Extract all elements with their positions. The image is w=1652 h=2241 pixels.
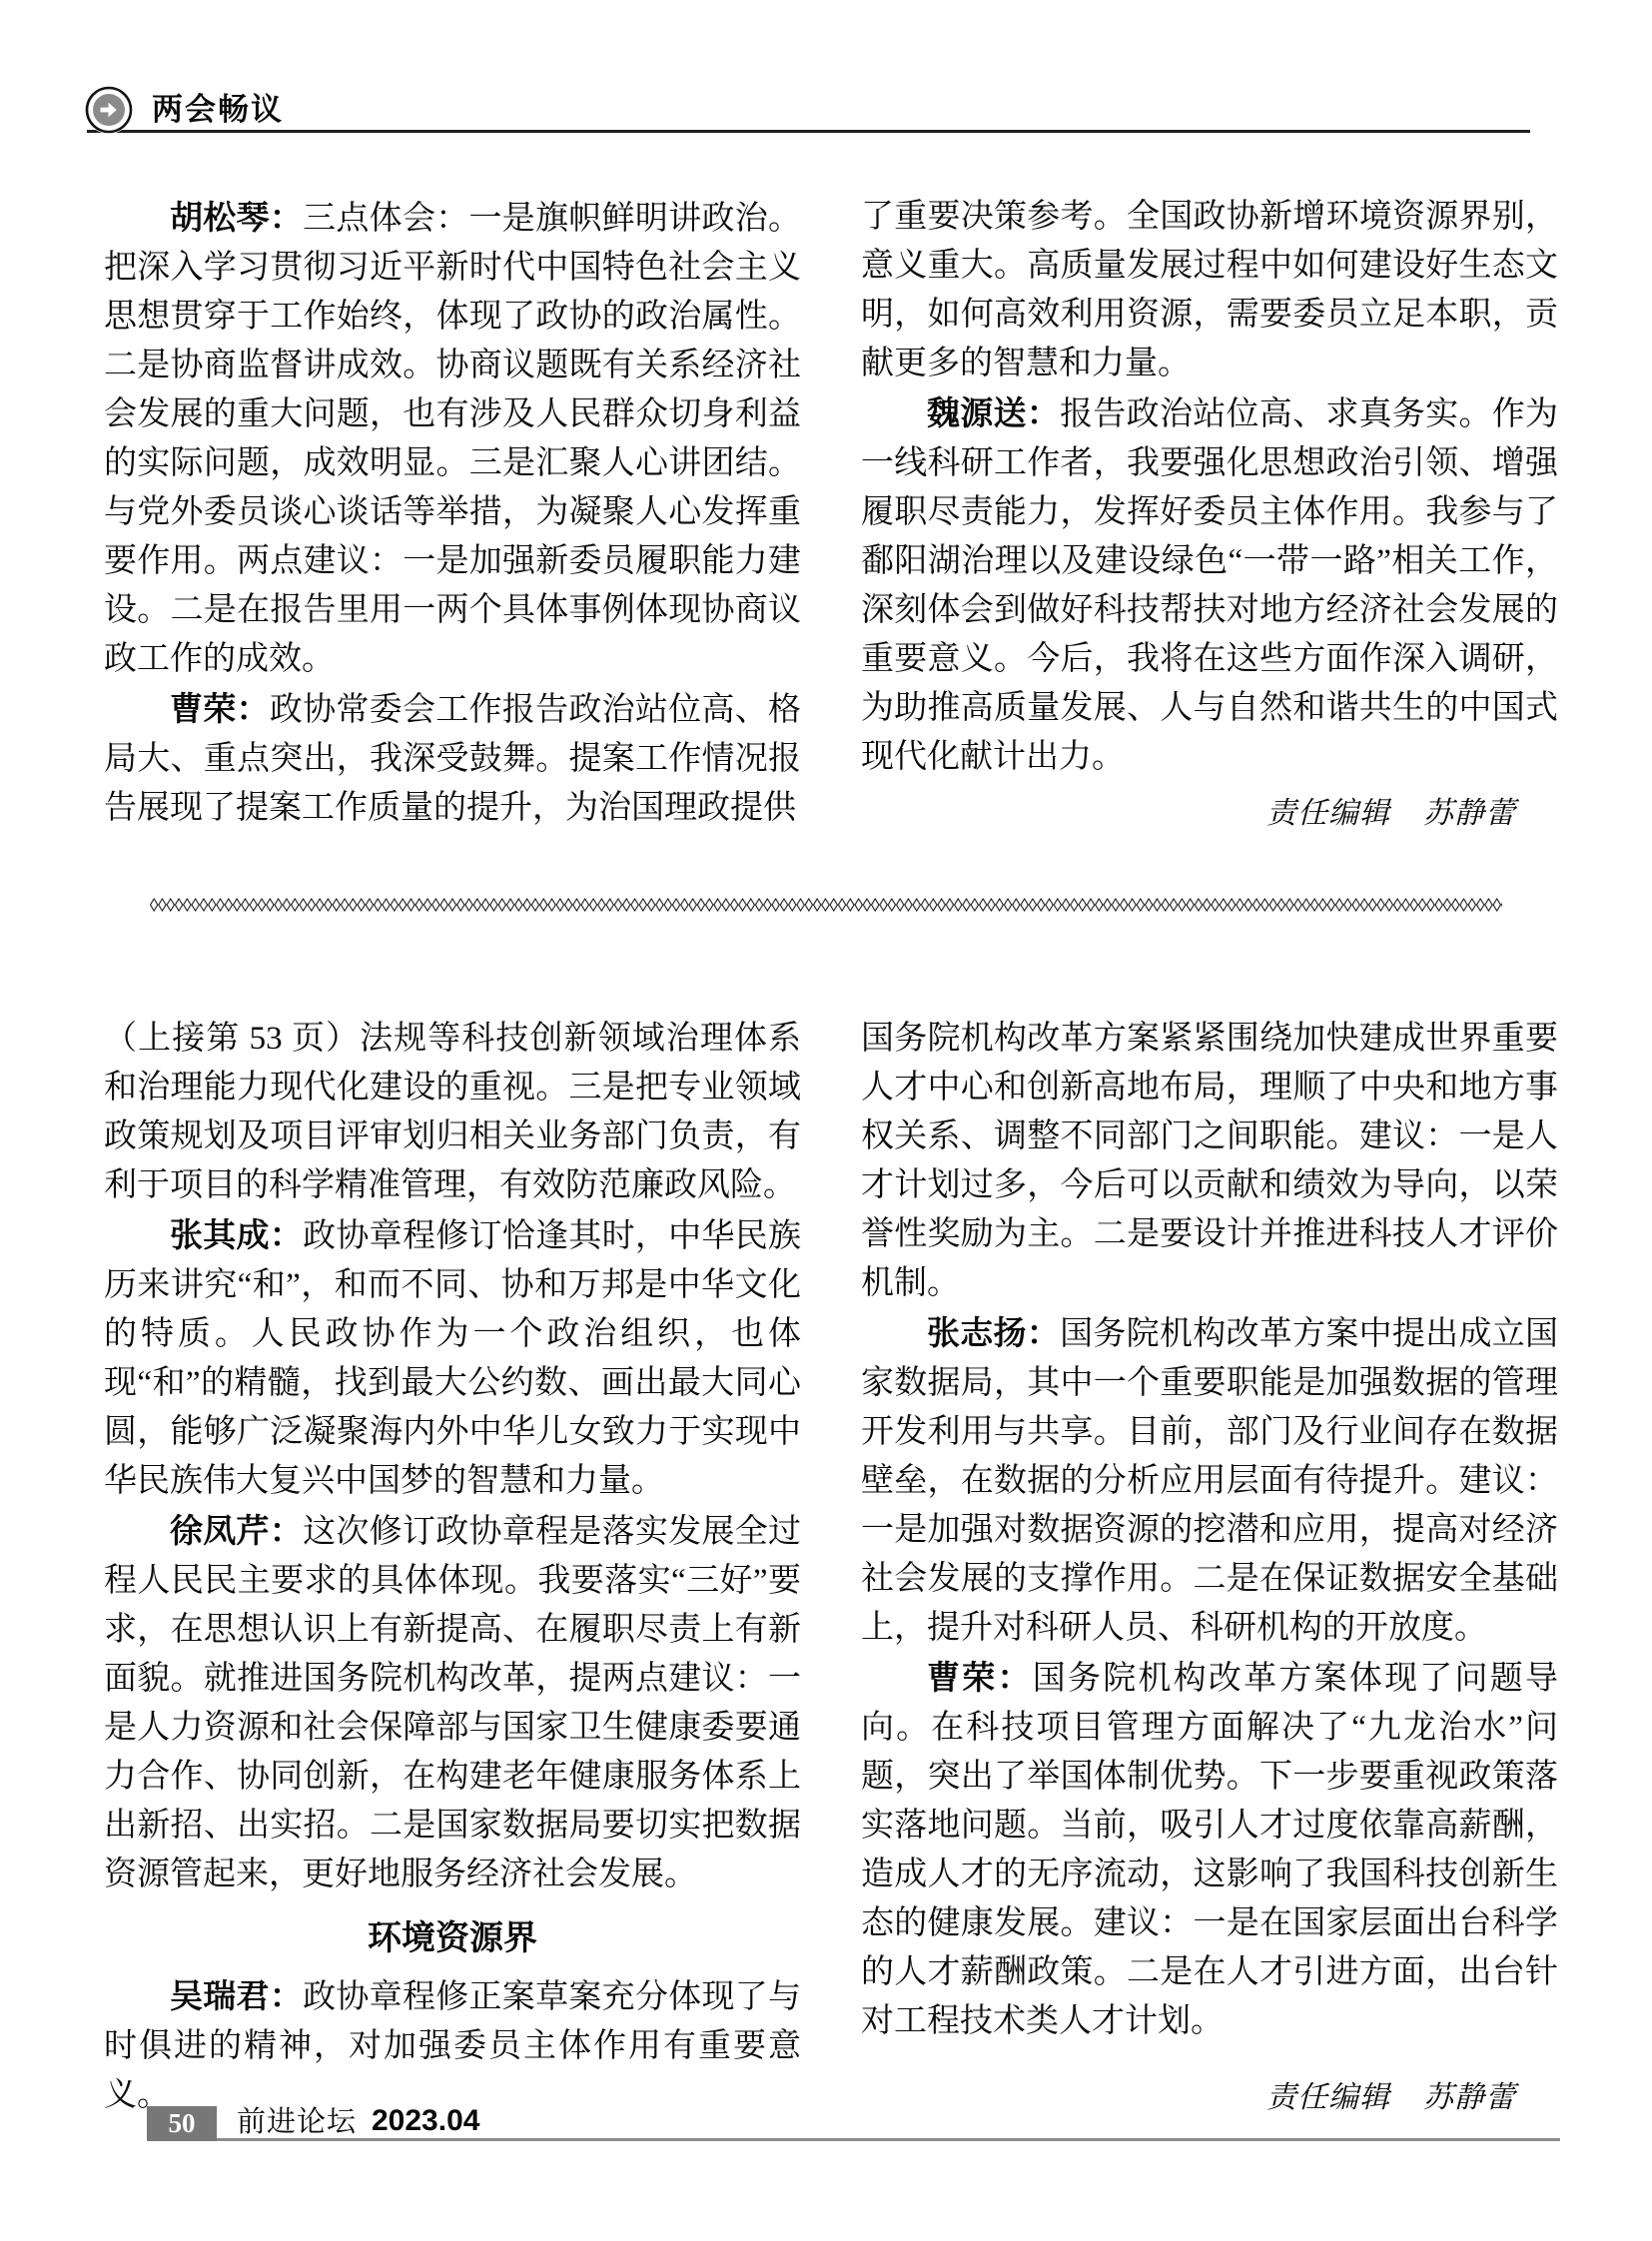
section-heading-environment-resources: 环境资源界: [104, 1915, 801, 1961]
paragraph-zhang-qicheng: 张其成：政协章程修订恰逢其时，中华民族历来讲究“和”，和而不同、协和万邦是中华文…: [104, 1210, 801, 1506]
speaker-name: 张其成：: [170, 1216, 303, 1253]
speaker-name: 徐凤芹：: [170, 1512, 303, 1549]
editor-credit-name: 苏静蕾: [1423, 797, 1516, 830]
top-left-column: 胡松琴：三点体会：一是旗帜鲜明讲政治。把深入学习贯彻习近平新时代中国特色社会主义…: [104, 193, 801, 836]
speaker-name: 吴瑞君：: [170, 1977, 303, 2014]
header-rule: [87, 130, 1530, 133]
paragraph-wu-ruijun: 吴瑞君：政协章程修正案草案充分体现了与时俱进的精神，对加强委员主体作用有重要意义…: [104, 1971, 801, 2120]
speaker-name: 魏源送：: [927, 394, 1060, 431]
paragraph-text: 三点体会：一是旗帜鲜明讲政治。把深入学习贯彻习近平新时代中国特色社会主义思想贯穿…: [104, 201, 801, 677]
bottom-left-column: （上接第 53 页）法规等科技创新领域治理体系和治理能力现代化建设的重视。三是把…: [104, 1015, 801, 2120]
speaker-name: 曹荣：: [170, 690, 270, 727]
journal-name: 前进论坛: [237, 2103, 357, 2141]
arrow-right-circle-icon-svg: [85, 86, 133, 134]
editor-credit-label: 责任编辑: [1266, 797, 1390, 830]
paragraph-text: 这次修订政协章程是落实发展全过程人民民主要求的具体体现。我要落实“三好”要求，在…: [104, 1514, 801, 1892]
editor-credit: 责任编辑苏静蕾: [861, 2076, 1558, 2120]
issue-number: 2023.04: [372, 2102, 479, 2140]
paragraph-text: （上接第 53 页）法规等科技创新领域治理体系和治理能力现代化建设的重视。三是把…: [104, 1021, 801, 1203]
editor-credit: 责任编辑苏静蕾: [861, 792, 1558, 836]
top-section: 胡松琴：三点体会：一是旗帜鲜明讲政治。把深入学习贯彻习近平新时代中国特色社会主义…: [104, 193, 1558, 836]
speaker-name: 曹荣：: [927, 1659, 1033, 1696]
editor-credit-name: 苏静蕾: [1423, 2081, 1516, 2114]
paragraph-zhang-zhiyang: 张志扬：国务院机构改革方案中提出成立国家数据局，其中一个重要职能是加强数据的管理…: [861, 1308, 1558, 1653]
column-section-title: 两会畅议: [152, 89, 284, 131]
bottom-section: （上接第 53 页）法规等科技创新领域治理体系和治理能力现代化建设的重视。三是把…: [104, 1015, 1558, 2120]
editor-credit-label: 责任编辑: [1266, 2081, 1390, 2114]
speaker-name: 张志扬：: [927, 1314, 1060, 1351]
paragraph-hu-songqin: 胡松琴：三点体会：一是旗帜鲜明讲政治。把深入学习贯彻习近平新时代中国特色社会主义…: [104, 193, 801, 684]
paragraph-wei-yuansong: 魏源送：报告政治站位高、求真务实。作为一线科研工作者，我要强化思想政治引领、增强…: [861, 388, 1558, 782]
speaker-name: 胡松琴：: [170, 199, 303, 236]
paragraph-text: 报告政治站位高、求真务实。作为一线科研工作者，我要强化思想政治引领、增强履职尽责…: [861, 396, 1558, 775]
arrow-right-circle-icon: [85, 86, 133, 134]
bottom-right-column: 国务院机构改革方案紧紧围绕加快建成世界重要人才中心和创新高地布局，理顺了中央和地…: [861, 1015, 1558, 2120]
paragraph-text: 国务院机构改革方案紧紧围绕加快建成世界重要人才中心和创新高地布局，理顺了中央和地…: [861, 1021, 1558, 1301]
paragraph-text: 政协章程修订恰逢其时，中华民族历来讲究“和”，和而不同、协和万邦是中华文化的特质…: [104, 1218, 801, 1499]
footer-rule: [217, 2138, 1560, 2141]
paragraph-xu-fengqin: 徐凤芹：这次修订政协章程是落实发展全过程人民民主要求的具体体现。我要落实“三好”…: [104, 1506, 801, 1899]
diamond-chain-divider: [150, 898, 1502, 912]
magazine-page: 两会畅议 胡松琴：三点体会：一是旗帜鲜明讲政治。把深入学习贯彻习近平新时代中国特…: [0, 0, 1652, 2241]
paragraph-continued-state-council: 国务院机构改革方案紧紧围绕加快建成世界重要人才中心和创新高地布局，理顺了中央和地…: [861, 1015, 1558, 1308]
diamond-chain-divider-svg: [150, 898, 1502, 912]
paragraph-cao-rong-1: 曹荣：政协常委会工作报告政治站位高、格局大、重点突出，我深受鼓舞。提案工作情况报…: [104, 684, 801, 833]
top-right-column: 了重要决策参考。全国政协新增环境资源界别，意义重大。高质量发展过程中如何建设好生…: [861, 193, 1558, 836]
paragraph-cao-rong-2: 曹荣：国务院机构改革方案体现了问题导向。在科技项目管理方面解决了“九龙治水”问题…: [861, 1653, 1558, 2046]
paragraph-text: 国务院机构改革方案中提出成立国家数据局，其中一个重要职能是加强数据的管理开发利用…: [861, 1316, 1558, 1646]
page-number-badge: 50: [147, 2106, 217, 2141]
paragraph-text: 国务院机构改革方案体现了问题导向。在科技项目管理方面解决了“九龙治水”问题，突出…: [861, 1661, 1558, 2039]
paragraph-continued-from-p53: （上接第 53 页）法规等科技创新领域治理体系和治理能力现代化建设的重视。三是把…: [104, 1015, 801, 1210]
paragraph-cao-rong-1-continued: 了重要决策参考。全国政协新增环境资源界别，意义重大。高质量发展过程中如何建设好生…: [861, 193, 1558, 388]
paragraph-text: 了重要决策参考。全国政协新增环境资源界别，意义重大。高质量发展过程中如何建设好生…: [861, 199, 1558, 381]
